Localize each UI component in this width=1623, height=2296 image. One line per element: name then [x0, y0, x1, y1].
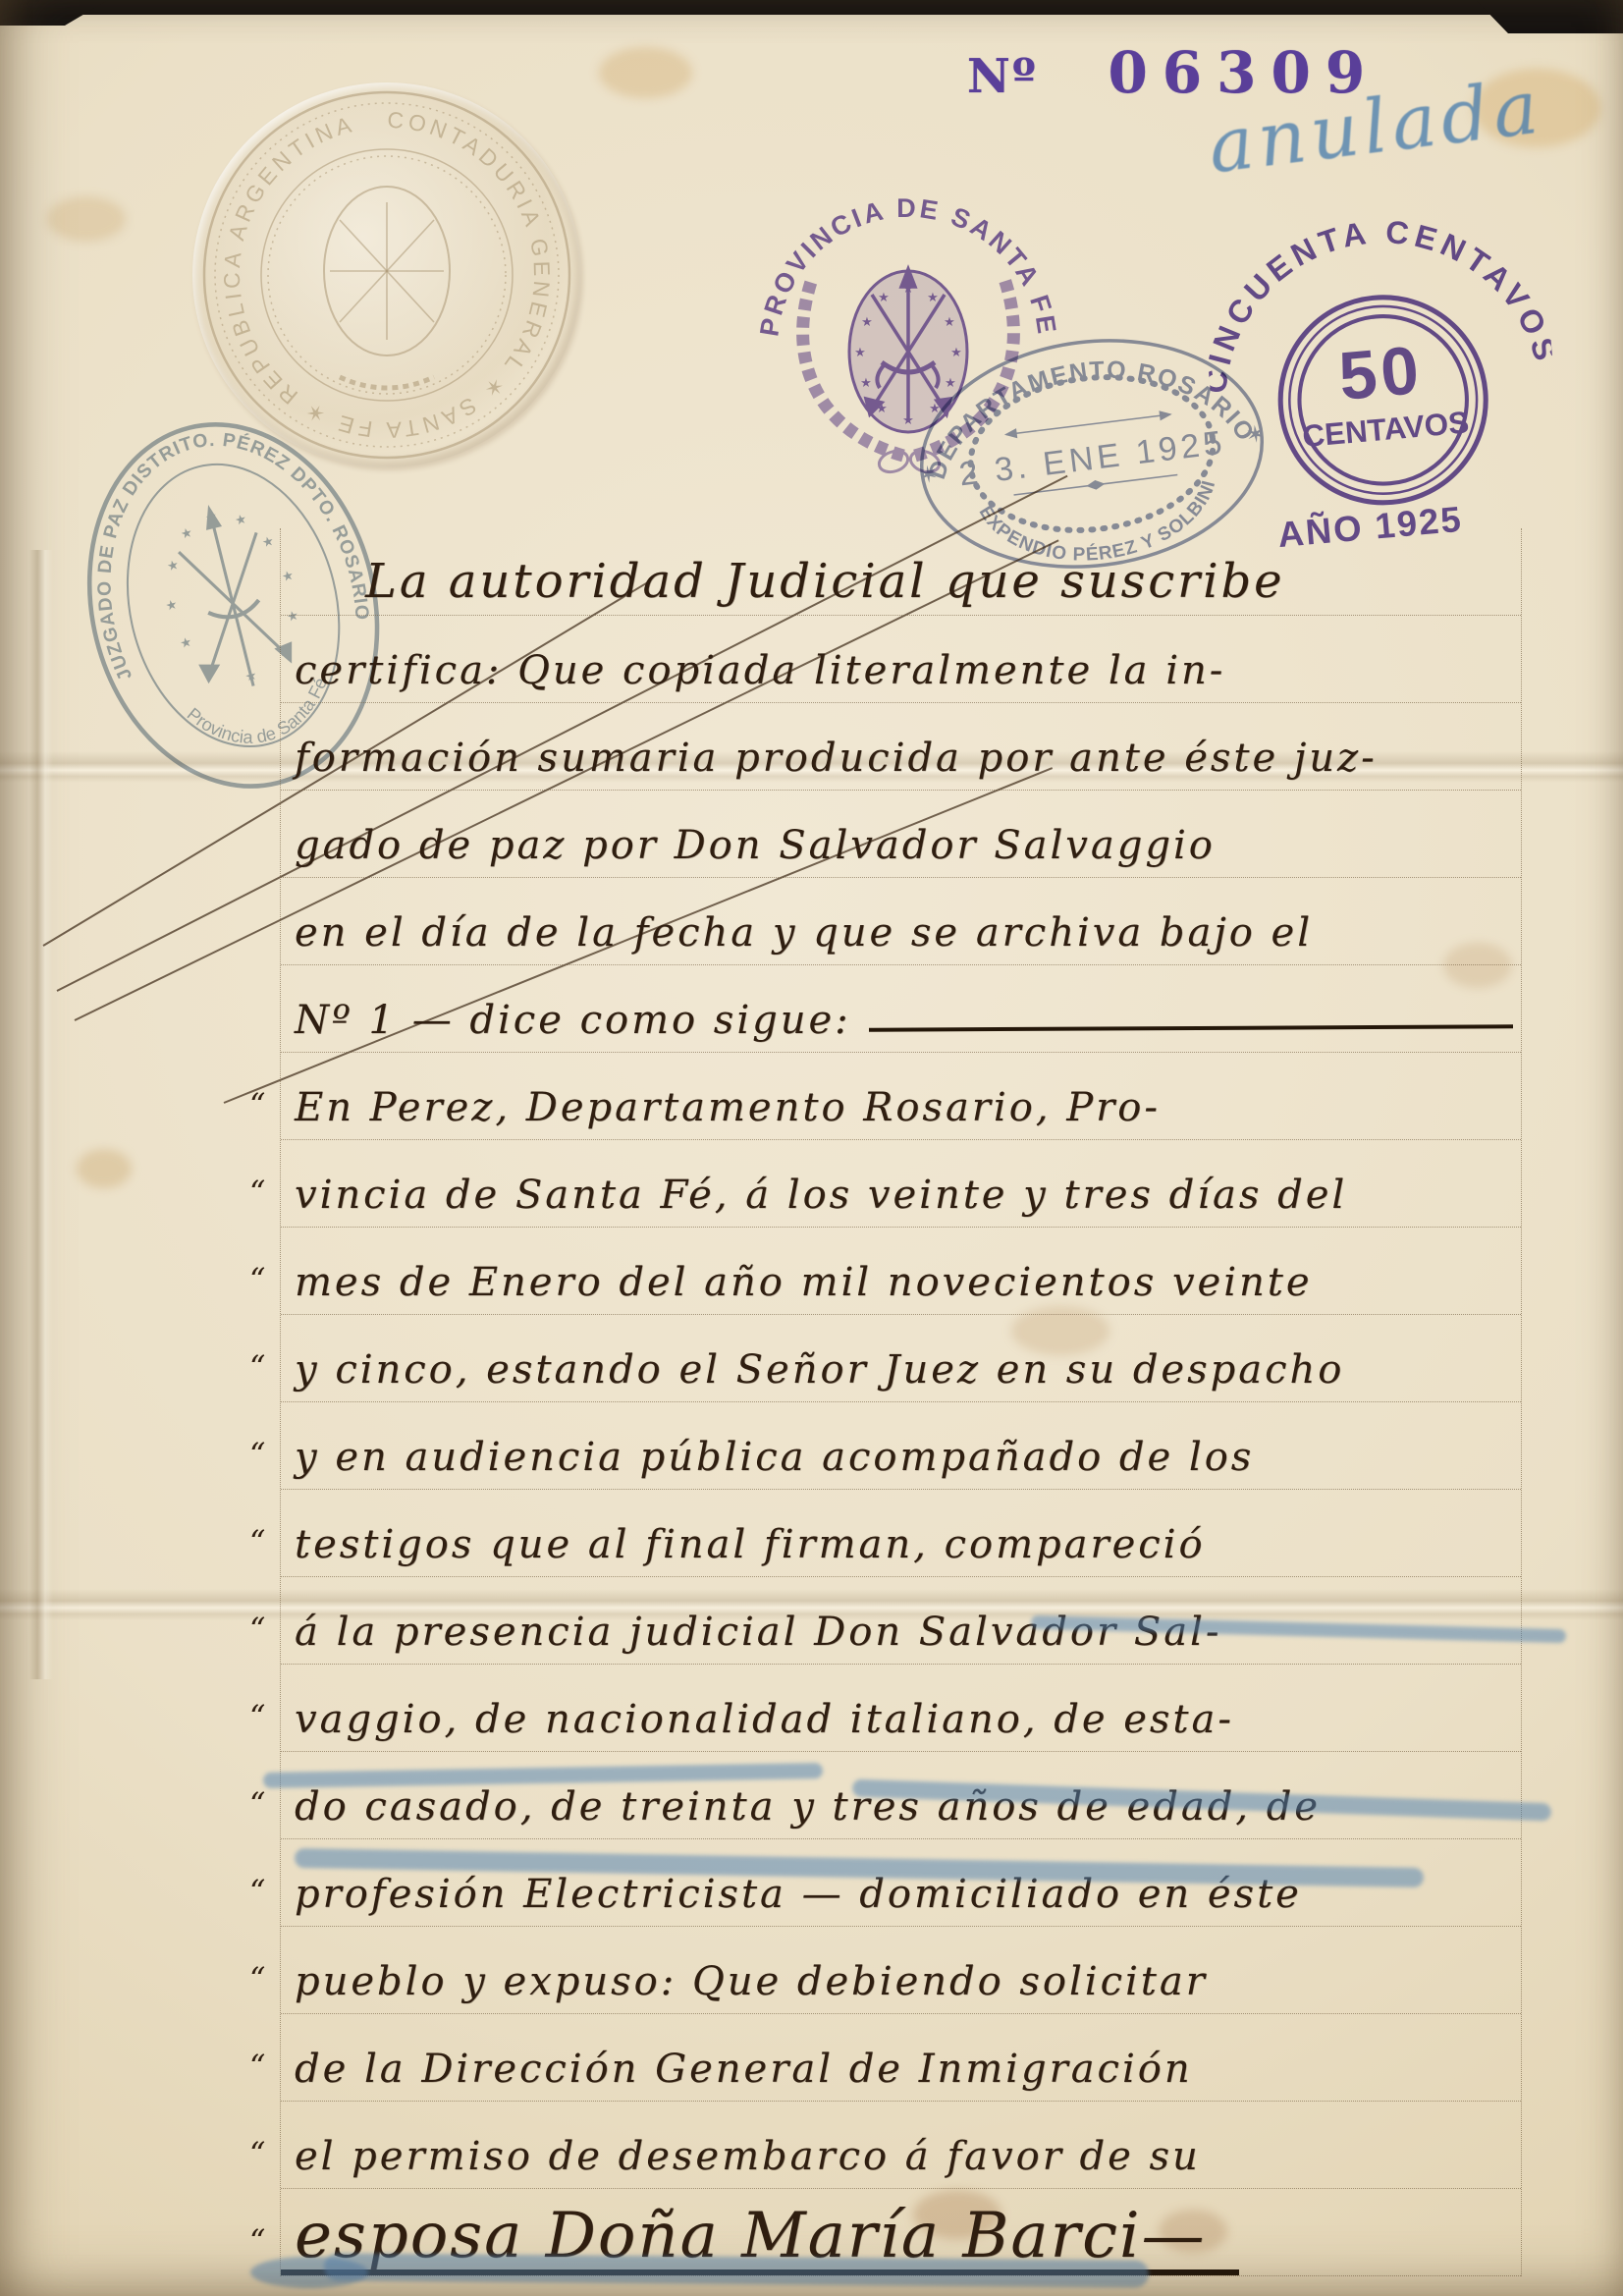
emboss-star-rays — [330, 202, 444, 340]
quote-mark: “ — [249, 1086, 265, 1123]
handwriting-line: “y cinco, estando el Señor Juez en su de… — [281, 1315, 1521, 1402]
svg-text:★: ★ — [876, 401, 888, 415]
svg-text:★: ★ — [854, 345, 866, 359]
handwriting-line: “á la presencia judicial Don Salvador Sa… — [281, 1577, 1521, 1665]
serial-label: Nº — [967, 49, 1038, 104]
handwriting-line: “vincia de Santa Fé, á los veinte y tres… — [281, 1140, 1521, 1228]
line-text: certifica: Que copiada literalmente la i… — [281, 651, 1225, 702]
revenue-value: 50 — [1336, 332, 1426, 414]
line-text: Nº 1 — dice como sigue: — [281, 1001, 851, 1052]
handwriting-line: certifica: Que copiada literalmente la i… — [281, 616, 1521, 703]
handwriting-lines: La autoridad Judicial que suscribecertif… — [280, 528, 1522, 2276]
handwriting-line: gado de paz por Don Salvador Salvaggio — [281, 791, 1521, 878]
quote-mark: “ — [249, 1698, 265, 1735]
svg-text:★: ★ — [243, 667, 258, 683]
quote-mark: “ — [249, 2048, 265, 2085]
line-text: mes de Enero del año mil novecientos vei… — [281, 1263, 1313, 1314]
handwriting-line: “vaggio, de nacionalidad italiano, de es… — [281, 1665, 1521, 1752]
scanned-document-page: CONTADURIA GENERAL ✶ SANTA FE ✶ REPUBLIC… — [0, 0, 1623, 2296]
handwriting-line: La autoridad Judicial que suscribe — [281, 528, 1521, 616]
svg-text:★: ★ — [164, 596, 179, 613]
paper-stain — [599, 47, 692, 98]
line-text: gado de paz por Don Salvador Salvaggio — [281, 826, 1216, 877]
line-text: vaggio, de nacionalidad italiano, de est… — [281, 1700, 1234, 1751]
line-text: testigos que al final firman, compareció — [281, 1525, 1206, 1576]
quote-mark: “ — [249, 1261, 265, 1298]
paper-stain — [77, 1149, 132, 1188]
line-text: En Perez, Departamento Rosario, Pro- — [281, 1088, 1161, 1139]
svg-text:★: ★ — [165, 557, 180, 574]
fold-crease-vertical — [29, 550, 53, 1679]
quote-mark: “ — [249, 1611, 265, 1648]
quote-mark: “ — [249, 2222, 265, 2260]
quote-mark: “ — [249, 1174, 265, 1211]
svg-text:★: ★ — [260, 533, 275, 550]
quote-mark: “ — [249, 1873, 265, 1910]
handwriting-line: Nº 1 — dice como sigue: — [281, 965, 1521, 1053]
scan-edge-top — [0, 0, 1623, 15]
handwriting-line: “y en audiencia pública acompañado de lo… — [281, 1402, 1521, 1490]
line-text: y en audiencia pública acompañado de los — [281, 1438, 1254, 1489]
handwriting-line: “pueblo y expuso: Que debiendo solicitar — [281, 1927, 1521, 2014]
line-text: de la Dirección General de Inmigración — [281, 2050, 1193, 2101]
quote-mark: “ — [249, 1348, 265, 1386]
paper-stain — [47, 196, 126, 242]
svg-text:★: ★ — [861, 314, 873, 329]
svg-text:★: ★ — [902, 281, 914, 296]
svg-text:★: ★ — [927, 290, 939, 304]
line-text: en el día de la fecha y que se archiva b… — [281, 913, 1313, 964]
line-text: y cinco, estando el Señor Juez en su des… — [281, 1350, 1344, 1401]
line-text: vincia de Santa Fé, á los veinte y tres … — [281, 1175, 1347, 1227]
handwriting-line: “de la Dirección General de Inmigración — [281, 2014, 1521, 2102]
line-text: pueblo y expuso: Que debiendo solicitar — [281, 1962, 1208, 2013]
handwriting-line: “el permiso de desembarco á favor de su — [281, 2102, 1521, 2189]
quote-mark: “ — [249, 1960, 265, 1997]
svg-text:★: ★ — [179, 524, 193, 541]
handwriting-line: “mes de Enero del año mil novecientos ve… — [281, 1228, 1521, 1315]
star-left: ✶ — [917, 461, 940, 489]
scan-edge-corner-right — [1476, 0, 1623, 33]
blue-pencil-smudge — [324, 2253, 1149, 2287]
svg-text:★: ★ — [860, 375, 872, 390]
quote-mark: “ — [249, 1436, 265, 1473]
svg-text:★: ★ — [944, 314, 955, 329]
line-text: el permiso de desembarco á favor de su — [281, 2137, 1201, 2188]
svg-text:★: ★ — [234, 511, 248, 527]
svg-text:★: ★ — [202, 661, 217, 678]
quote-mark: “ — [249, 1523, 265, 1560]
handwriting-line: formación sumaria producida por ante ést… — [281, 703, 1521, 791]
quote-mark: “ — [249, 1785, 265, 1823]
line-text: La autoridad Judicial que suscribe — [281, 558, 1285, 615]
revenue-unit: CENTAVOS — [1301, 405, 1470, 454]
line-text: formación sumaria producida por ante ést… — [281, 738, 1378, 790]
handwriting-line: “testigos que al final firman, compareci… — [281, 1490, 1521, 1577]
ink-underline — [869, 1024, 1513, 1031]
handwriting-line: “En Perez, Departamento Rosario, Pro- — [281, 1053, 1521, 1140]
svg-text:★: ★ — [179, 634, 193, 651]
revenue-50-centavos-stamp: CINCUENTA CENTAVOS 50 CENTAVOS AÑO 1925 — [1195, 186, 1568, 564]
svg-text:★: ★ — [878, 290, 890, 304]
quote-mark: “ — [249, 2135, 265, 2172]
svg-text:★: ★ — [204, 508, 219, 524]
handwriting-line: en el día de la fecha y que se archiva b… — [281, 878, 1521, 965]
